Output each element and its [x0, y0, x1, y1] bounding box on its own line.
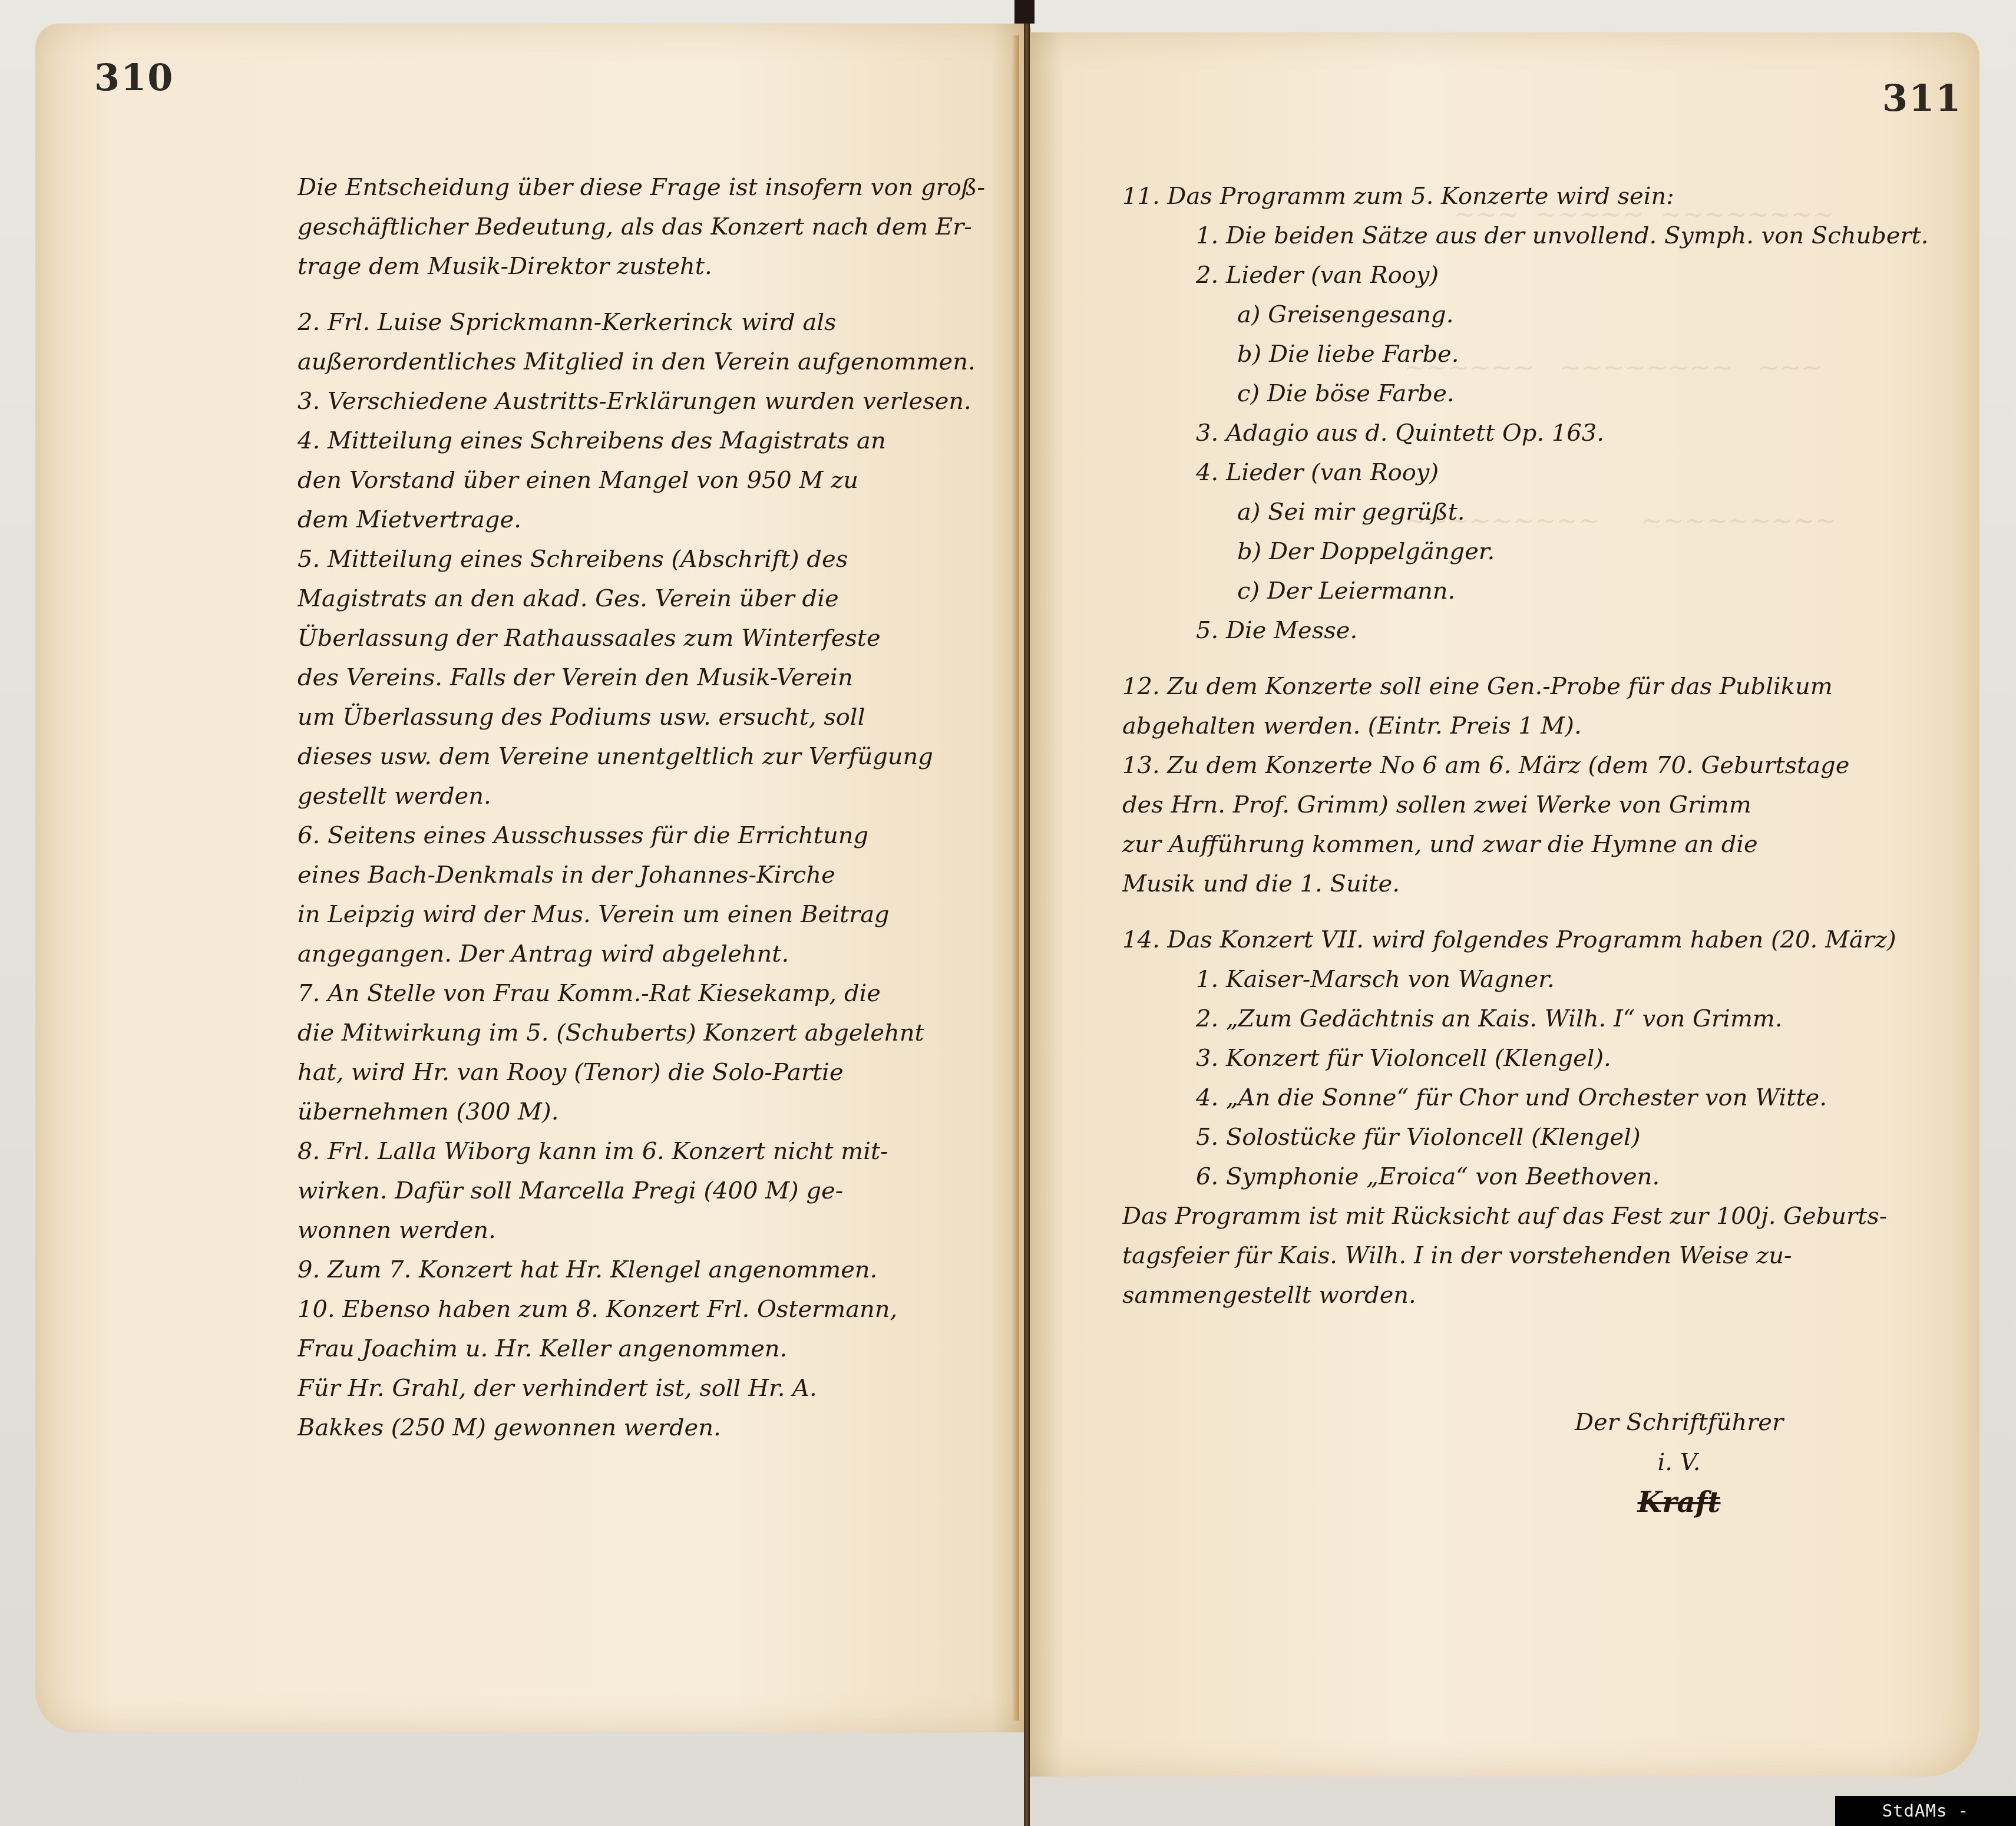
- program-item: 3. Adagio aus d. Quintett Op. 163.: [1122, 414, 1959, 453]
- handwritten-line: in Leipzig wird der Mus. Verein um einen…: [298, 895, 1022, 935]
- program-item: 1. Kaiser-Marsch von Wagner.: [1122, 960, 1959, 999]
- entry-continuation: abgehalten werden. (Eintr. Preis 1 M).: [1122, 706, 1959, 746]
- signature-abbrev: i. V.: [1561, 1442, 1797, 1482]
- handwritten-line: Bakkes (250 M) gewonnen werden.: [298, 1408, 1022, 1448]
- page-number-left: 310: [94, 56, 174, 99]
- handwritten-line: 9. Zum 7. Konzert hat Hr. Klengel angeno…: [298, 1250, 1022, 1290]
- program-item: a) Sei mir gegrüßt.: [1122, 493, 1959, 532]
- archive-label: StdAMs - MV_004_491: [1835, 1796, 2016, 1826]
- handwritten-line: gestellt werden.: [298, 777, 1022, 816]
- line-gap: [1122, 904, 1959, 920]
- handwritten-line: angegangen. Der Antrag wird abgelehnt.: [298, 935, 1022, 974]
- program-item: c) Die böse Farbe.: [1122, 374, 1959, 414]
- handwritten-line: die Mitwirkung im 5. (Schuberts) Konzert…: [298, 1013, 1022, 1053]
- program-item: 1. Die beiden Sätze aus der unvollend. S…: [1122, 216, 1959, 256]
- signature-name: Kraft: [1561, 1482, 1797, 1523]
- handwritten-line: geschäftlicher Bedeutung, als das Konzer…: [298, 207, 1022, 247]
- handwritten-line: Überlassung der Rathaussaales zum Winter…: [298, 619, 1022, 658]
- entry-continuation: zur Aufführung kommen, und zwar die Hymn…: [1122, 825, 1959, 864]
- program-item: 5. Die Messe.: [1122, 611, 1959, 651]
- entry-continuation: Das Programm ist mit Rücksicht auf das F…: [1122, 1197, 1959, 1236]
- entry-continuation: tagsfeier für Kais. Wilh. I in der vorst…: [1122, 1236, 1959, 1276]
- handwritten-line: übernehmen (300 M).: [298, 1092, 1022, 1132]
- minute-entry: 11. Das Programm zum 5. Konzerte wird se…: [1122, 177, 1959, 216]
- page-number-right: 311: [1882, 77, 1962, 120]
- program-item: 6. Symphonie „Eroica“ von Beethoven.: [1122, 1157, 1959, 1197]
- handwritten-line: wonnen werden.: [298, 1211, 1022, 1250]
- program-item: 4. Lieder (van Rooy): [1122, 453, 1959, 493]
- right-page-text: 11. Das Programm zum 5. Konzerte wird se…: [1122, 177, 1959, 1315]
- entry-continuation: sammengestellt worden.: [1122, 1276, 1959, 1315]
- entry-continuation: Musik und die 1. Suite.: [1122, 864, 1959, 904]
- handwritten-line: 5. Mitteilung eines Schreibens (Abschrif…: [298, 540, 1022, 579]
- handwritten-line: 3. Verschiedene Austritts-Erklärungen wu…: [298, 382, 1022, 421]
- handwritten-line: trage dem Musik-Direktor zusteht.: [298, 247, 1022, 286]
- handwritten-line: 7. An Stelle von Frau Komm.-Rat Kiesekam…: [298, 974, 1022, 1013]
- handwritten-line: außerordentliches Mitglied in den Verein…: [298, 342, 1022, 382]
- entry-continuation: des Hrn. Prof. Grimm) sollen zwei Werke …: [1122, 785, 1959, 825]
- handwritten-line: wirken. Dafür soll Marcella Pregi (400 M…: [298, 1171, 1022, 1211]
- handwritten-line: den Vorstand über einen Mangel von 950 M…: [298, 461, 1022, 500]
- program-item: 2. „Zum Gedächtnis an Kais. Wilh. I“ von…: [1122, 999, 1959, 1039]
- handwritten-line: dieses usw. dem Vereine unentgeltlich zu…: [298, 737, 1022, 777]
- handwritten-line: 2. Frl. Luise Sprickmann-Kerkerinck wird…: [298, 303, 1022, 342]
- handwritten-line: Magistrats an den akad. Ges. Verein über…: [298, 579, 1022, 619]
- line-gap: [1122, 651, 1959, 667]
- program-item: a) Greisengesang.: [1122, 295, 1959, 335]
- program-item: c) Der Leiermann.: [1122, 572, 1959, 611]
- handwritten-line: hat, wird Hr. van Rooy (Tenor) die Solo-…: [298, 1053, 1022, 1092]
- handwritten-line: 10. Ebenso haben zum 8. Konzert Frl. Ost…: [298, 1290, 1022, 1329]
- line-gap: [298, 286, 1022, 303]
- program-item: 2. Lieder (van Rooy): [1122, 256, 1959, 295]
- book-spine: [1024, 0, 1030, 1826]
- program-item: b) Die liebe Farbe.: [1122, 335, 1959, 374]
- left-page-text: Die Entscheidung über diese Frage ist in…: [298, 168, 1022, 1448]
- minute-entry: 13. Zu dem Konzerte No 6 am 6. März (dem…: [1122, 746, 1959, 785]
- minute-entry: 12. Zu dem Konzerte soll eine Gen.-Probe…: [1122, 667, 1959, 706]
- program-item: 5. Solostücke für Violoncell (Klengel): [1122, 1118, 1959, 1157]
- program-item: b) Der Doppelgänger.: [1122, 532, 1959, 572]
- handwritten-line: dem Mietvertrage.: [298, 500, 1022, 540]
- handwritten-line: eines Bach-Denkmals in der Johannes-Kirc…: [298, 856, 1022, 895]
- program-item: 3. Konzert für Violoncell (Klengel).: [1122, 1039, 1959, 1078]
- handwritten-line: 6. Seitens eines Ausschusses für die Err…: [298, 816, 1022, 856]
- signature-title: Der Schriftführer: [1561, 1402, 1797, 1442]
- signature-block: Der Schriftführer i. V. Kraft: [1561, 1402, 1797, 1523]
- handwritten-line: 8. Frl. Lalla Wiborg kann im 6. Konzert …: [298, 1132, 1022, 1171]
- handwritten-line: des Vereins. Falls der Verein den Musik-…: [298, 658, 1022, 698]
- handwritten-line: Für Hr. Grahl, der verhindert ist, soll …: [298, 1369, 1022, 1408]
- handwritten-line: 4. Mitteilung eines Schreibens des Magis…: [298, 421, 1022, 461]
- book-spine-top: [1014, 0, 1035, 24]
- program-item: 4. „An die Sonne“ für Chor und Orchester…: [1122, 1078, 1959, 1118]
- handwritten-line: um Überlassung des Podiums usw. ersucht,…: [298, 698, 1022, 737]
- handwritten-line: Die Entscheidung über diese Frage ist in…: [298, 168, 1022, 207]
- minute-entry: 14. Das Konzert VII. wird folgendes Prog…: [1122, 920, 1959, 960]
- handwritten-line: Frau Joachim u. Hr. Keller angenommen.: [298, 1329, 1022, 1369]
